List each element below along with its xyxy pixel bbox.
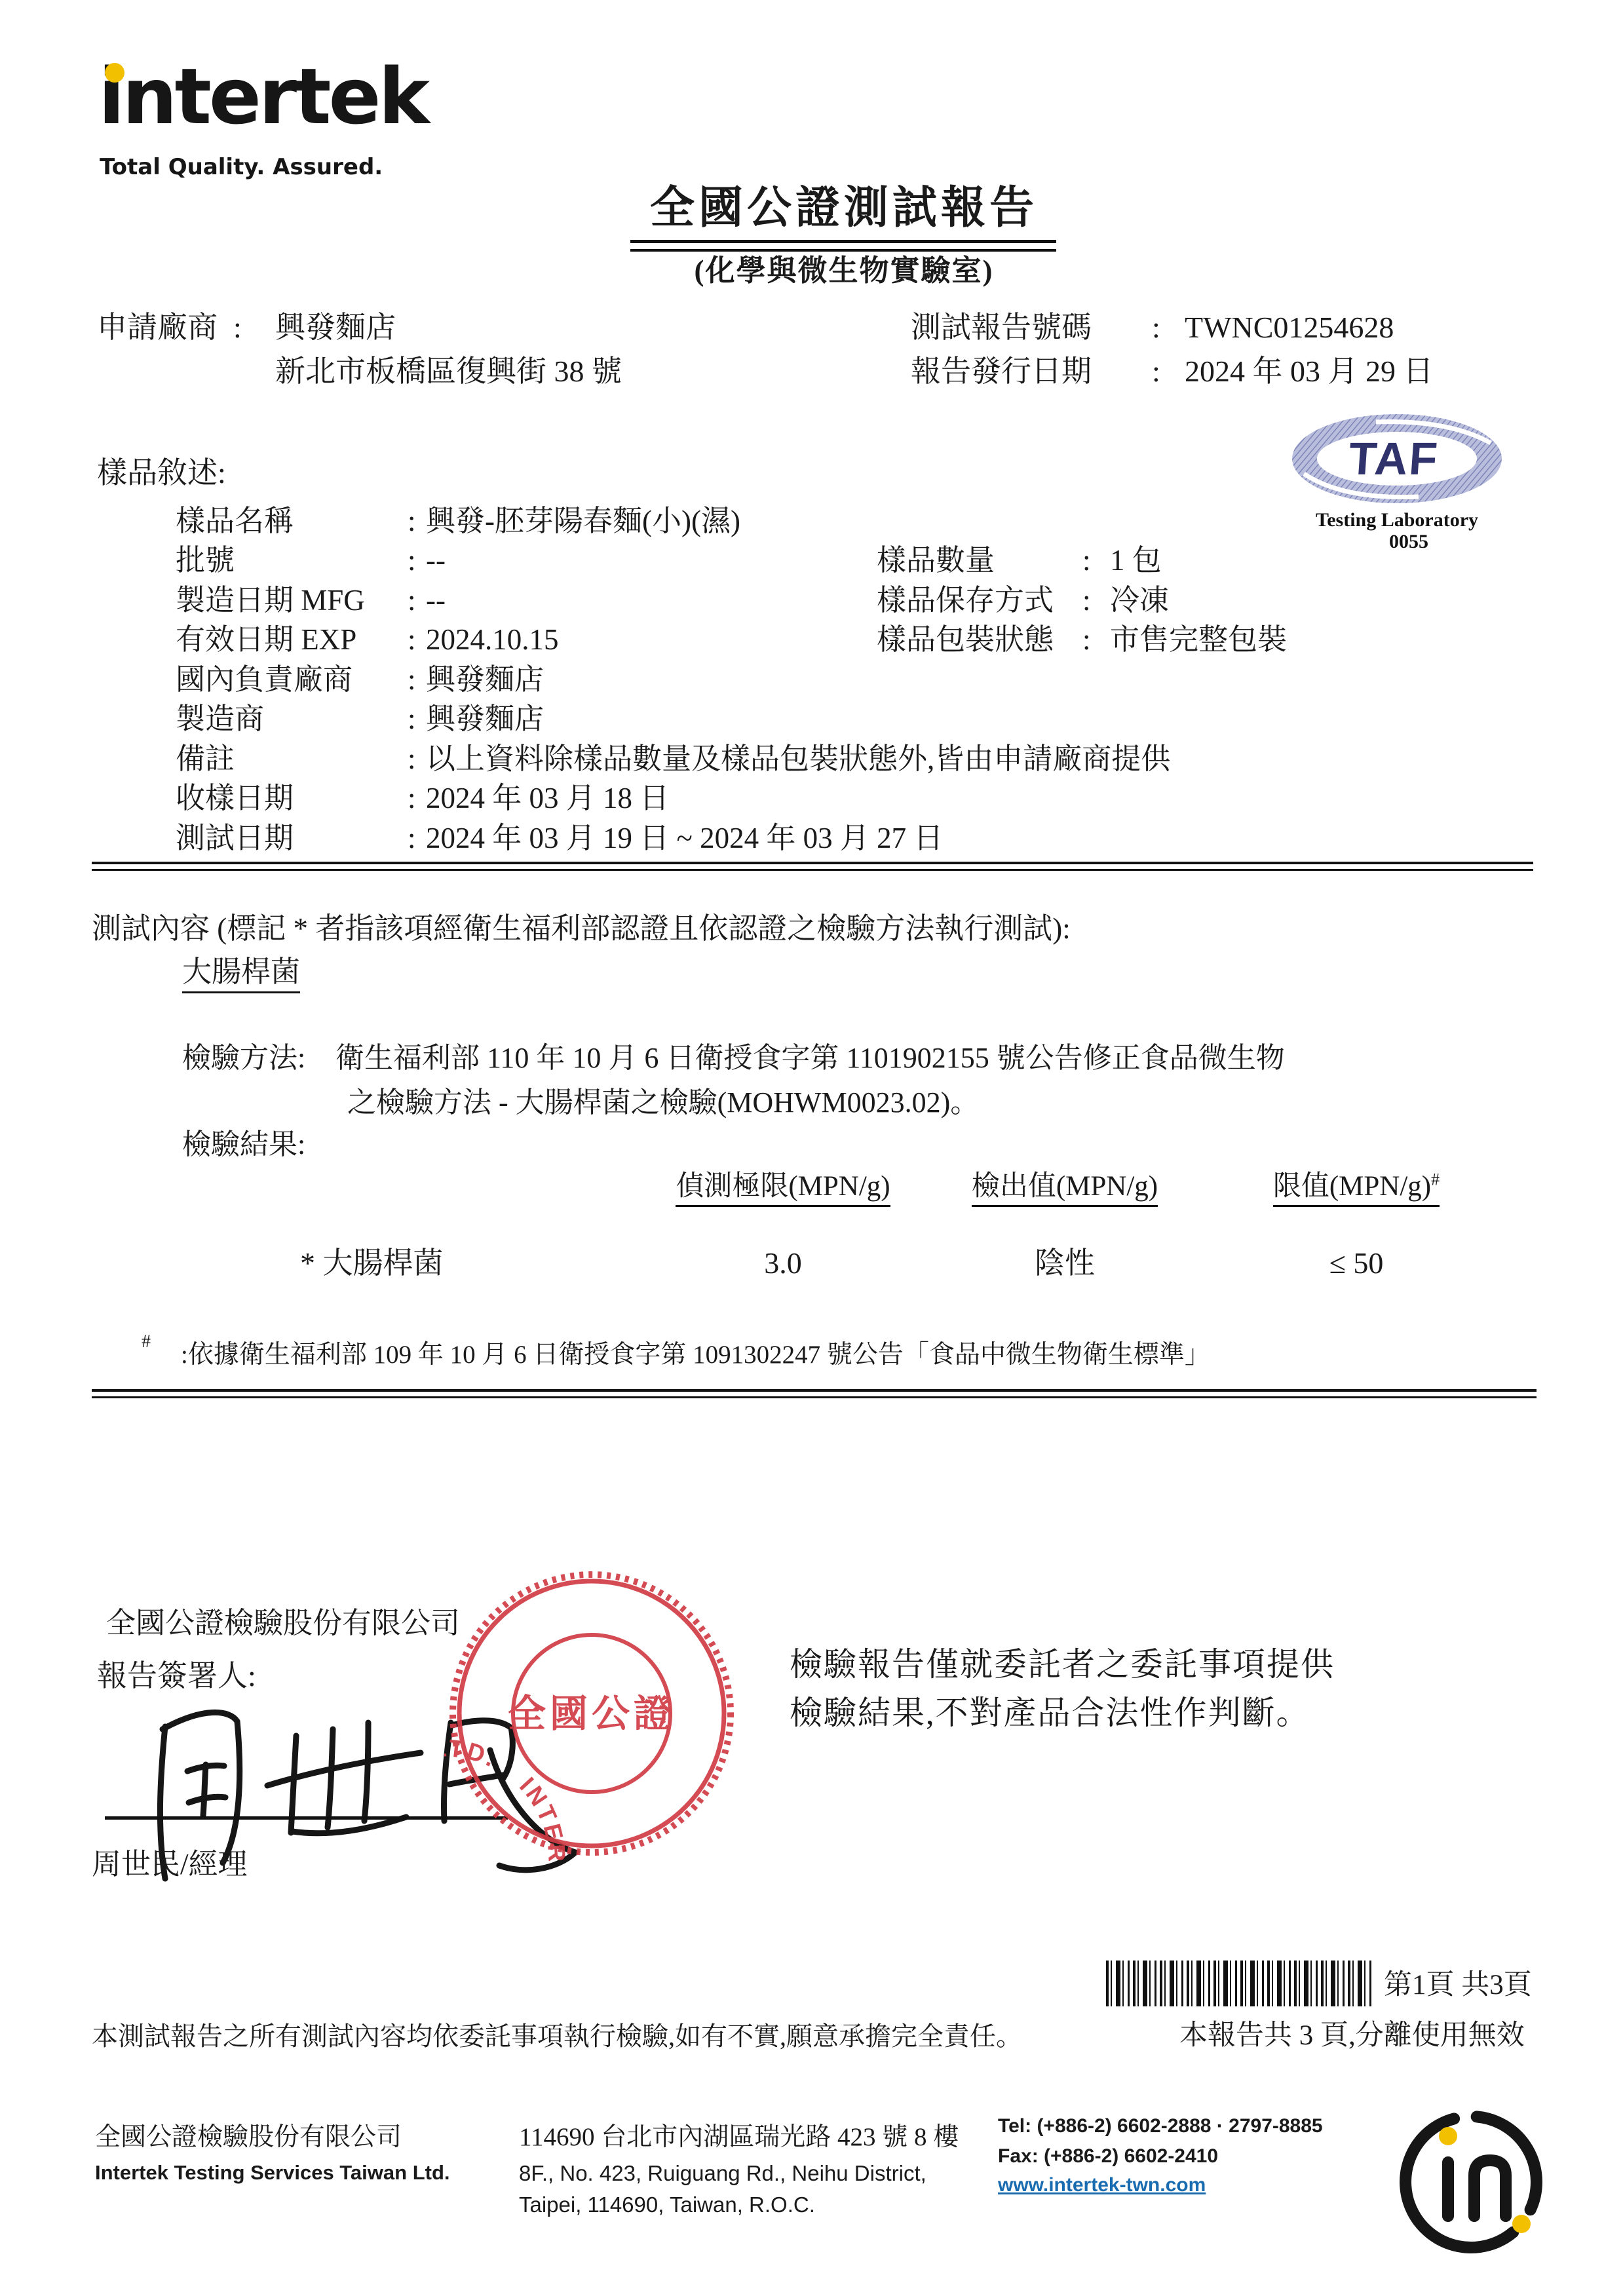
field-value: 2024 年 03 月 18 日 [426,782,669,816]
field-value: 興發麵店 [426,663,544,697]
intertek-wordmark: intertek [98,52,427,142]
field-value: 1 包 [1110,544,1162,578]
stamp-ring-text: INTERTEK TESTING SERVICES TAIWAN LTD. [444,1734,571,1861]
field-colon: : [408,663,416,697]
field-label: 有效日期 EXP [176,623,356,657]
field-value: 市售完整包裝 [1110,623,1287,657]
test-method-label: 檢驗方法: [182,1042,305,1075]
field-colon: : [1082,584,1091,618]
title-double-rule [630,240,1056,252]
taf-caption: Testing Laboratory [1316,509,1478,531]
field-label: 國內負責廠商 [176,663,353,697]
barcode [1106,1961,1371,2006]
field-colon: : [408,702,416,737]
issue-date-colon: : [1152,354,1160,389]
footnote-text: :依據衛生福利部 109 年 10 月 6 日衛授食字第 1091302247 … [181,1341,1210,1370]
footer-address-en2: Taipei, 114690, Taiwan, R.O.C. [519,2192,815,2217]
responsibility-note: 本測試報告之所有測試內容均依委託事項執行檢驗,如有不實,願意承擔完全責任。 [92,2021,1022,2052]
col-header-lod: 偵測極限(MPN/g) [645,1170,921,1202]
taf-lab-number: 0055 [1389,531,1428,552]
report-number-label: 測試報告號碼 [911,311,1092,345]
field-value: 以上資料除樣品數量及樣品包裝狀態外,皆由申請廠商提供 [426,742,1170,776]
field-label: 備註 [176,742,235,776]
field-value: 興發麵店 [426,702,544,737]
test-content-heading: 測試內容 (標記 * 者指該項經衛生福利部認證且依認證之檢驗方法執行測試): [92,912,1071,946]
result-lod: 3.0 [645,1246,921,1281]
col-header-limit: 限值(MPN/g)# [1232,1170,1481,1203]
intertek-logo-yellow-dot-icon [105,63,124,83]
page-number: 第1頁 共3頁 [1384,1969,1532,2001]
footer-address-cn: 114690 台北市內湖區瑞光路 423 號 8 樓 [519,2123,959,2152]
field-colon: : [408,742,416,776]
taf-acronym: TAF [1347,433,1440,484]
field-colon: : [408,782,416,816]
field-label: 樣品名稱 [176,505,294,539]
svg-text:INTERTEK TESTING SERVICES TAIW: INTERTEK TESTING SERVICES TAIWAN LTD. [444,1734,571,1861]
field-colon: : [408,544,416,578]
footnote-marker: # [142,1331,151,1352]
result-limit: ≤ 50 [1232,1246,1481,1281]
issue-date-value: 2024 年 03 月 29 日 [1185,354,1434,389]
intertek-tagline: Total Quality. Assured. [100,155,383,180]
company-stamp: INTERTEK TESTING SERVICES TAIWAN LTD. 全國… [444,1566,739,1861]
footer-address-en1: 8F., No. 423, Ruiguang Rd., Neihu Distri… [519,2161,926,2186]
test-method-line1: 衛生福利部 110 年 10 月 6 日衛授食字第 1101902155 號公告… [335,1042,1285,1075]
report-number-value: TWNC01254628 [1185,311,1394,345]
field-value: 2024.10.15 [426,623,559,657]
field-label: 樣品包裝狀態 [877,623,1054,657]
sample-desc-heading: 樣品敘述: [97,456,226,491]
field-label: 樣品保存方式 [877,584,1054,618]
disclaimer-line1: 檢驗報告僅就委託者之委託事項提供 [790,1646,1335,1684]
footer-company-cn: 全國公證檢驗股份有限公司 [95,2123,402,2152]
field-colon: : [408,623,416,657]
disclaimer-line2: 檢驗結果,不對產品合法性作判斷。 [790,1694,1310,1732]
field-value: -- [426,544,446,578]
field-label: 收樣日期 [176,782,294,816]
field-colon: : [1082,544,1091,578]
footer-company-en: Intertek Testing Services Taiwan Ltd. [95,2161,450,2185]
field-label: 測試日期 [176,822,294,856]
intertek-logo: intertek [98,52,427,142]
issue-date-label: 報告發行日期 [911,354,1092,389]
footer-tel: Tel: (+886-2) 6602-2888 · 2797-8885 [998,2115,1323,2138]
footer-website-link[interactable]: www.intertek-twn.com [998,2174,1206,2197]
test-method-line2: 之檢驗方法 - 大腸桿菌之檢驗(MOHWM0023.02)。 [347,1086,979,1120]
field-value: 興發-胚芽陽春麵(小)(濕) [426,505,740,539]
report-title: 全國公證測試報告 [628,182,1060,233]
field-label: 製造日期 MFG [176,584,365,618]
intertek-in-circle-icon [1386,2097,1556,2267]
report-subtitle: (化學與微生物實驗室) [628,254,1060,288]
result-item: * 大腸桿菌 [300,1246,444,1281]
field-label: 批號 [176,544,235,578]
field-value: 冷凍 [1110,584,1169,618]
test-result-label: 檢驗結果: [182,1128,305,1162]
field-value: -- [426,584,446,618]
footer-fax: Fax: (+886-2) 6602-2410 [998,2145,1218,2168]
issuing-company: 全國公證檢驗股份有限公司 [106,1607,460,1641]
applicant-address: 新北市板橋區復興街 38 號 [275,354,622,389]
signer-name-title: 周世民/經理 [92,1848,248,1882]
taf-accreditation-logo: TAF Testing Laboratory 0055 [1284,411,1514,552]
pages-note: 本報告共 3 頁,分離使用無效 [1179,2019,1525,2052]
applicant-name: 興發麵店 [275,311,396,345]
certified-star: * [300,1246,315,1280]
field-colon: : [408,505,416,539]
col-header-detected: 檢出值(MPN/g) [937,1170,1193,1202]
report-page: intertek Total Quality. Assured. 全國公證測試報… [0,0,1623,2296]
field-label: 樣品數量 [877,544,995,578]
test-item: 大腸桿菌 [182,955,300,989]
field-label: 製造商 [176,702,264,737]
applicant-colon: : [233,311,242,345]
stamp-center-text: 全國公證 [508,1693,676,1735]
field-colon: : [1082,623,1091,657]
field-colon: : [408,822,416,856]
field-value: 2024 年 03 月 19 日 ~ 2024 年 03 月 27 日 [426,822,943,856]
report-number-colon: : [1152,311,1160,345]
section-divider-rule [92,862,1533,871]
applicant-label: 申請廠商 [97,311,218,345]
section-divider-rule [92,1389,1537,1398]
result-detected: 陰性 [937,1246,1193,1281]
field-colon: : [408,584,416,618]
